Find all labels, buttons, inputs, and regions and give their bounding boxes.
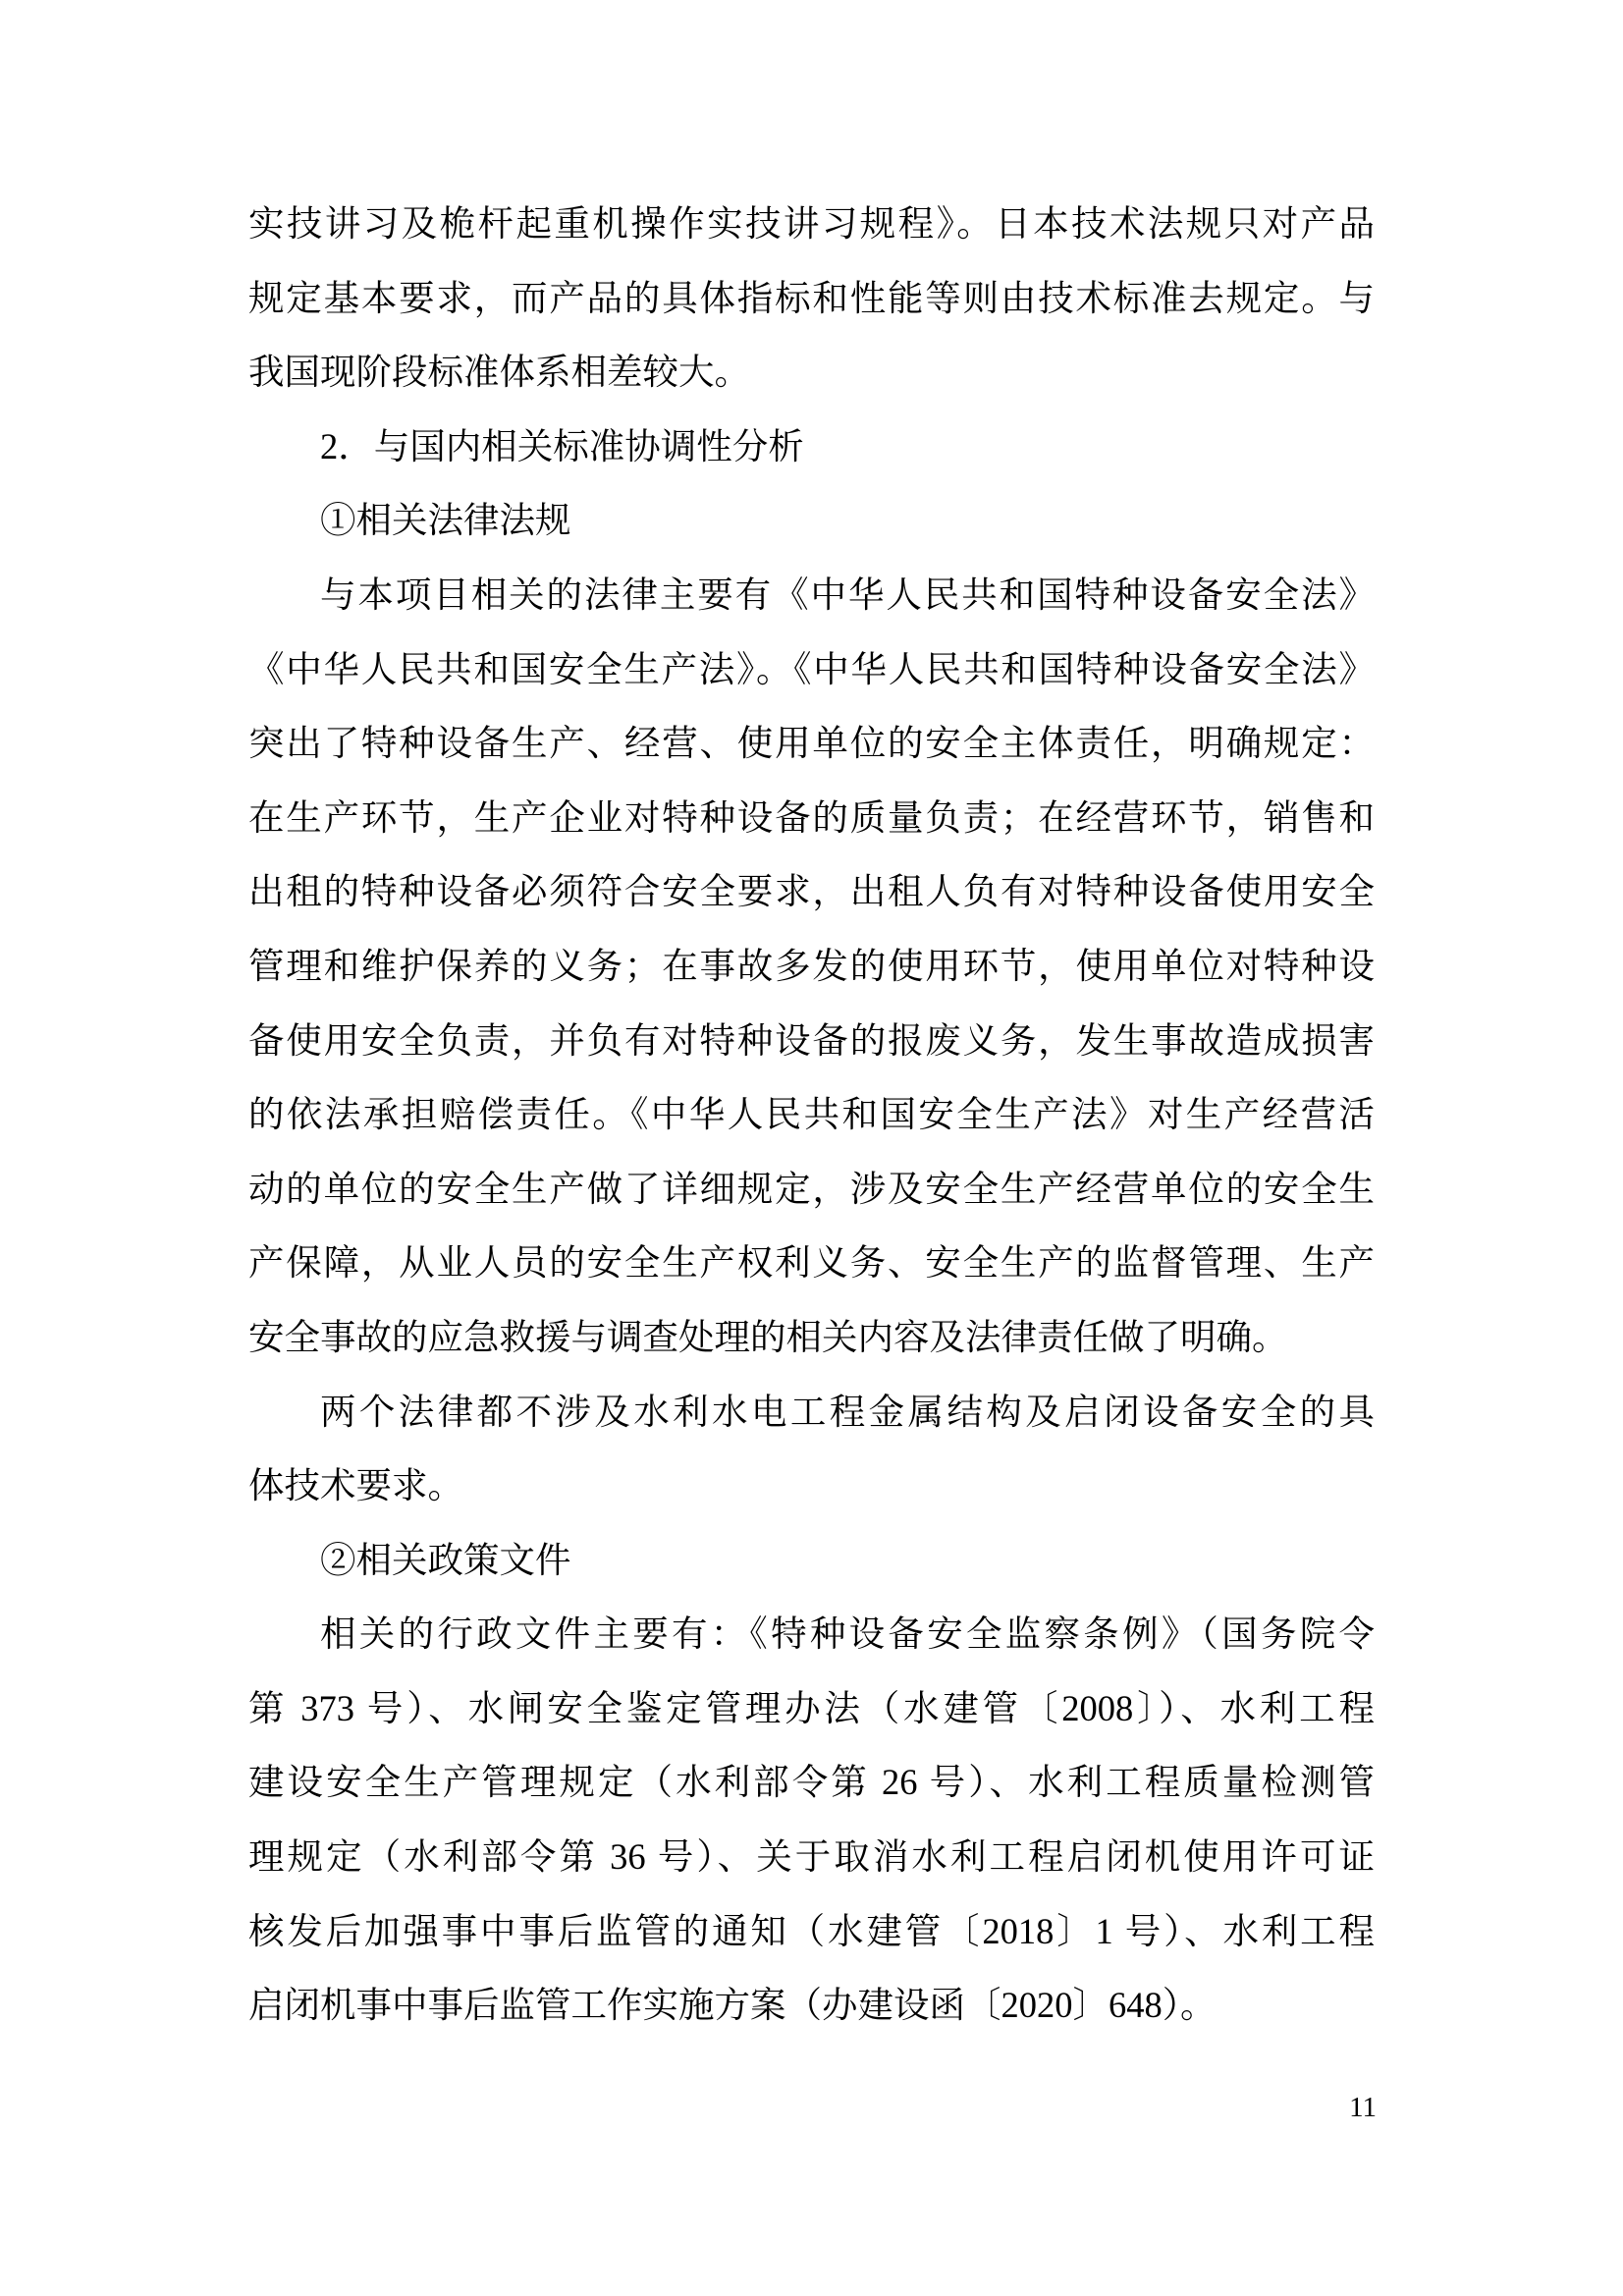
text-line: 出租的特种设备必须符合安全要求，出租人负有对特种设备使用安全 <box>248 854 1375 929</box>
text-line: 与本项目相关的法律主要有《中华人民共和国特种设备安全法》 <box>248 558 1375 632</box>
text-line: 相关的行政文件主要有：《特种设备安全监察条例》（国务院令 <box>248 1597 1375 1671</box>
text-line: 备使用安全负责，并负有对特种设备的报废义务，发生事故造成损害 <box>248 1004 1375 1078</box>
text-line: 产保障，从业人员的安全生产权利义务、安全生产的监督管理、生产 <box>248 1226 1375 1300</box>
text-line: 第 373 号）、水闸安全鉴定管理办法（水建管〔2008〕）、水利工程 <box>248 1671 1375 1746</box>
text-line: 动的单位的安全生产做了详细规定，涉及安全生产经营单位的安全生 <box>248 1152 1375 1227</box>
text-line: 突出了特种设备生产、经营、使用单位的安全主体责任，明确规定： <box>248 706 1375 781</box>
text-line: 我国现阶段标准体系相差较大。 <box>248 335 1375 410</box>
text-line: 实技讲习及桅杆起重机操作实技讲习规程》。日本技术法规只对产品 <box>248 187 1375 261</box>
text-line: ②相关政策文件 <box>248 1523 1375 1598</box>
text-line: 管理和维护保养的义务；在事故多发的使用环节，使用单位对特种设 <box>248 929 1375 1004</box>
document-page: 实技讲习及桅杆起重机操作实技讲习规程》。日本技术法规只对产品 规定基本要求，而产… <box>0 0 1623 2296</box>
text-line: 理规定（水利部令第 36 号）、关于取消水利工程启闭机使用许可证 <box>248 1820 1375 1894</box>
text-line: 体技术要求。 <box>248 1449 1375 1523</box>
text-line: 两个法律都不涉及水利水电工程金属结构及启闭设备安全的具 <box>248 1375 1375 1449</box>
text-block: 实技讲习及桅杆起重机操作实技讲习规程》。日本技术法规只对产品 规定基本要求，而产… <box>248 187 1375 2043</box>
text-line: 2．与国内相关标准协调性分析 <box>248 410 1375 484</box>
text-line: 安全事故的应急救援与调查处理的相关内容及法律责任做了明确。 <box>248 1300 1375 1375</box>
text-line: 《中华人民共和国安全生产法》。《中华人民共和国特种设备安全法》 <box>248 632 1375 707</box>
page-number: 11 <box>1349 2090 1377 2125</box>
text-line: 启闭机事中事后监管工作实施方案（办建设函〔2020〕648）。 <box>248 1968 1375 2043</box>
text-line: 的依法承担赔偿责任。《中华人民共和国安全生产法》对生产经营活 <box>248 1077 1375 1152</box>
text-line: 规定基本要求，而产品的具体指标和性能等则由技术标准去规定。与 <box>248 261 1375 336</box>
text-line: 建设安全生产管理规定（水利部令第 26 号）、水利工程质量检测管 <box>248 1745 1375 1820</box>
text-line: 核发后加强事中事后监管的通知（水建管〔2018〕1 号）、水利工程 <box>248 1894 1375 1969</box>
text-line: 在生产环节，生产企业对特种设备的质量负责；在经营环节，销售和 <box>248 781 1375 855</box>
text-line: ①相关法律法规 <box>248 483 1375 558</box>
